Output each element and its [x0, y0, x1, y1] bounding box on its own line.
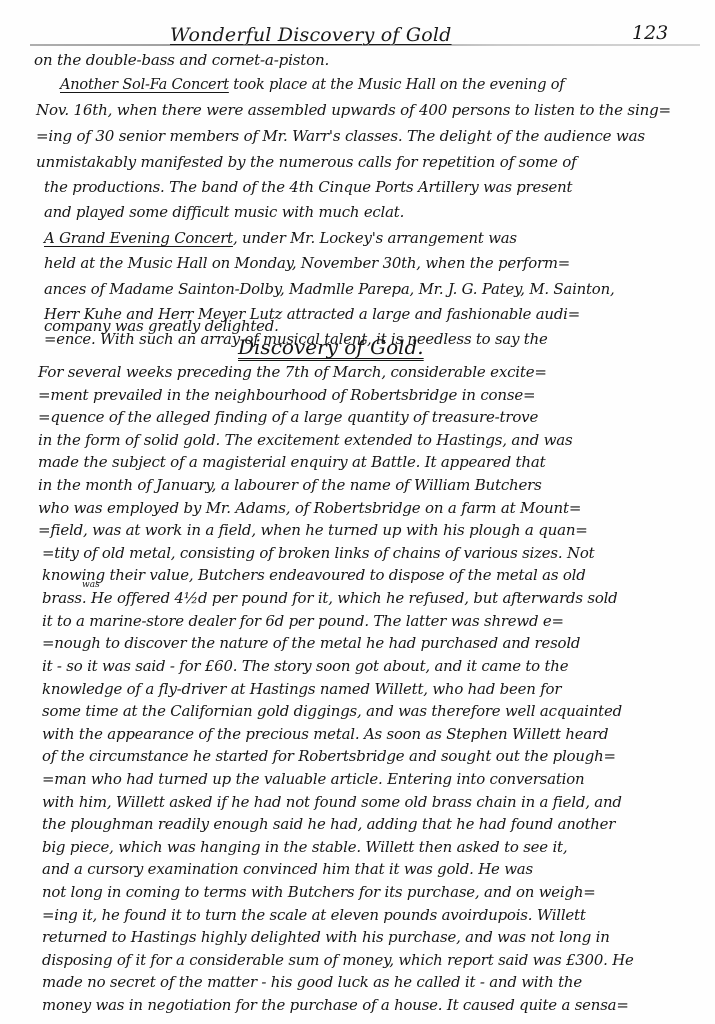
manuscript-line: =man who had turned up the valuable arti… — [42, 767, 690, 791]
manuscript-line: =ing of 30 senior members of Mr. Warr's … — [36, 124, 690, 148]
manuscript-line: with him, Willett asked if he had not fo… — [42, 790, 690, 814]
manuscript-line: not long in coming to terms with Butcher… — [42, 880, 690, 904]
line-text: it to a marine-store dealer for 6d per p… — [42, 612, 564, 630]
manuscript-line: big piece, which was hanging in the stab… — [42, 835, 690, 859]
line-text: and played some difficult music with muc… — [44, 203, 404, 221]
line-text: =nough to discover the nature of the met… — [42, 634, 580, 652]
manuscript-line: some time at the Californian gold diggin… — [42, 699, 690, 723]
manuscript-line: Another Sol-Fa Concert took place at the… — [60, 72, 690, 96]
line-text: of the circumstance he started for Rober… — [42, 747, 616, 765]
manuscript-line: Nov. 16th, when there were assembled upw… — [36, 98, 690, 122]
line-text: =quence of the alleged finding of a larg… — [38, 408, 538, 426]
line-text: the ploughman readily enough said he had… — [42, 815, 615, 833]
manuscript-line: =field, was at work in a field, when he … — [38, 518, 690, 542]
manuscript-line: with the appearance of the precious meta… — [42, 722, 690, 746]
manuscript-line: =ing it, he found it to turn the scale a… — [42, 903, 690, 927]
manuscript-line: on the double-bass and cornet-a-piston. — [34, 48, 690, 72]
manuscript-line: =nough to discover the nature of the met… — [42, 631, 690, 655]
line-text: Nov. 16th, when there were assembled upw… — [36, 101, 671, 119]
underlined-lead-phrase: A Grand Evening Concert — [44, 229, 233, 247]
manuscript-line: made the subject of a magisterial enquir… — [38, 450, 690, 474]
page-number: 123 — [632, 22, 668, 44]
line-text: =man who had turned up the valuable arti… — [42, 770, 584, 788]
interlinear-insertion: was — [82, 580, 100, 590]
manuscript-line: unmistakably manifested by the numerous … — [36, 150, 690, 174]
line-text: made no secret of the matter - his good … — [42, 973, 582, 991]
line-text: with him, Willett asked if he had not fo… — [42, 793, 622, 811]
line-text: and a cursory examination convinced him … — [42, 860, 533, 878]
line-text: some time at the Californian gold diggin… — [42, 702, 622, 720]
manuscript-line: money was in negotiation for the purchas… — [42, 993, 690, 1017]
line-text: who was employed by Mr. Adams, of Robert… — [38, 499, 581, 517]
manuscript-line: and a cursory examination convinced him … — [42, 857, 690, 881]
section-heading: Discovery of Gold. — [238, 334, 478, 360]
line-text: ances of Madame Sainton-Dolby, Madmlle P… — [44, 280, 614, 298]
line-text: unmistakably manifested by the numerous … — [36, 153, 577, 171]
line-text: took place at the Music Hall on the even… — [229, 75, 565, 93]
line-text: held at the Music Hall on Monday, Novemb… — [44, 254, 570, 272]
manuscript-line: in the form of solid gold. The excitemen… — [38, 428, 690, 452]
manuscript-line: it to a marine-store dealer for 6d per p… — [42, 609, 690, 633]
line-text: knowing their value, Butchers endeavoure… — [42, 566, 586, 584]
manuscript-line: the productions. The band of the 4th Cin… — [44, 175, 690, 199]
line-text: on the double-bass and cornet-a-piston. — [34, 51, 329, 69]
line-text: knowledge of a fly-driver at Hastings na… — [42, 680, 561, 698]
manuscript-line: ances of Madame Sainton-Dolby, Madmlle P… — [44, 277, 690, 301]
line-text: with the appearance of the precious meta… — [42, 725, 608, 743]
line-text: , under Mr. Lockey's arrangement was — [233, 229, 517, 247]
manuscript-line: A Grand Evening Concert, under Mr. Locke… — [44, 226, 690, 250]
line-text: money was in negotiation for the purchas… — [42, 996, 629, 1014]
manuscript-line: brass. He offered 4½d per pound for it, … — [42, 586, 690, 610]
line-text: in the form of solid gold. The excitemen… — [38, 431, 572, 449]
manuscript-line: =tity of old metal, consisting of broken… — [42, 541, 690, 565]
line-text: =field, was at work in a field, when he … — [38, 521, 588, 539]
running-title: Wonderful Discovery of Gold — [170, 24, 470, 46]
line-text: not long in coming to terms with Butcher… — [42, 883, 596, 901]
line-text: in the month of January, a labourer of t… — [38, 476, 542, 494]
manuscript-line: it - so it was said - for £60. The story… — [42, 654, 690, 678]
line-text: =ing it, he found it to turn the scale a… — [42, 906, 586, 924]
line-text: =tity of old metal, consisting of broken… — [42, 544, 594, 562]
manuscript-line: knowing their value, Butchers endeavoure… — [42, 563, 690, 587]
manuscript-line: held at the Music Hall on Monday, Novemb… — [44, 251, 690, 275]
line-text: the productions. The band of the 4th Cin… — [44, 178, 572, 196]
underlined-lead-phrase: Another Sol-Fa Concert — [60, 75, 229, 93]
line-text: disposing of it for a considerable sum o… — [42, 951, 634, 969]
manuscript-line: knowledge of a fly-driver at Hastings na… — [42, 677, 690, 701]
manuscript-page: Wonderful Discovery of Gold 123 on the d… — [0, 0, 715, 1024]
manuscript-line: in the month of January, a labourer of t… — [38, 473, 690, 497]
manuscript-line: For several weeks preceding the 7th of M… — [38, 360, 690, 384]
line-text: =ment prevailed in the neighbourhood of … — [38, 386, 535, 404]
manuscript-line: returned to Hastings highly delighted wi… — [42, 925, 690, 949]
line-text: big piece, which was hanging in the stab… — [42, 838, 567, 856]
line-text: returned to Hastings highly delighted wi… — [42, 928, 610, 946]
manuscript-line: =quence of the alleged finding of a larg… — [38, 405, 690, 429]
line-text: company was greatly delighted. — [44, 317, 279, 335]
manuscript-line: disposing of it for a considerable sum o… — [42, 948, 690, 972]
line-text: brass. He offered 4½d per pound for it, … — [42, 589, 618, 607]
line-text: For several weeks preceding the 7th of M… — [38, 363, 547, 381]
manuscript-line: and played some difficult music with muc… — [44, 200, 690, 224]
manuscript-line: of the circumstance he started for Rober… — [42, 744, 690, 768]
line-text: it - so it was said - for £60. The story… — [42, 657, 568, 675]
manuscript-line: who was employed by Mr. Adams, of Robert… — [38, 496, 690, 520]
line-text: made the subject of a magisterial enquir… — [38, 453, 545, 471]
line-text: =ing of 30 senior members of Mr. Warr's … — [36, 127, 645, 145]
manuscript-line: the ploughman readily enough said he had… — [42, 812, 690, 836]
manuscript-line: made no secret of the matter - his good … — [42, 970, 690, 994]
manuscript-line: =ment prevailed in the neighbourhood of … — [38, 383, 690, 407]
